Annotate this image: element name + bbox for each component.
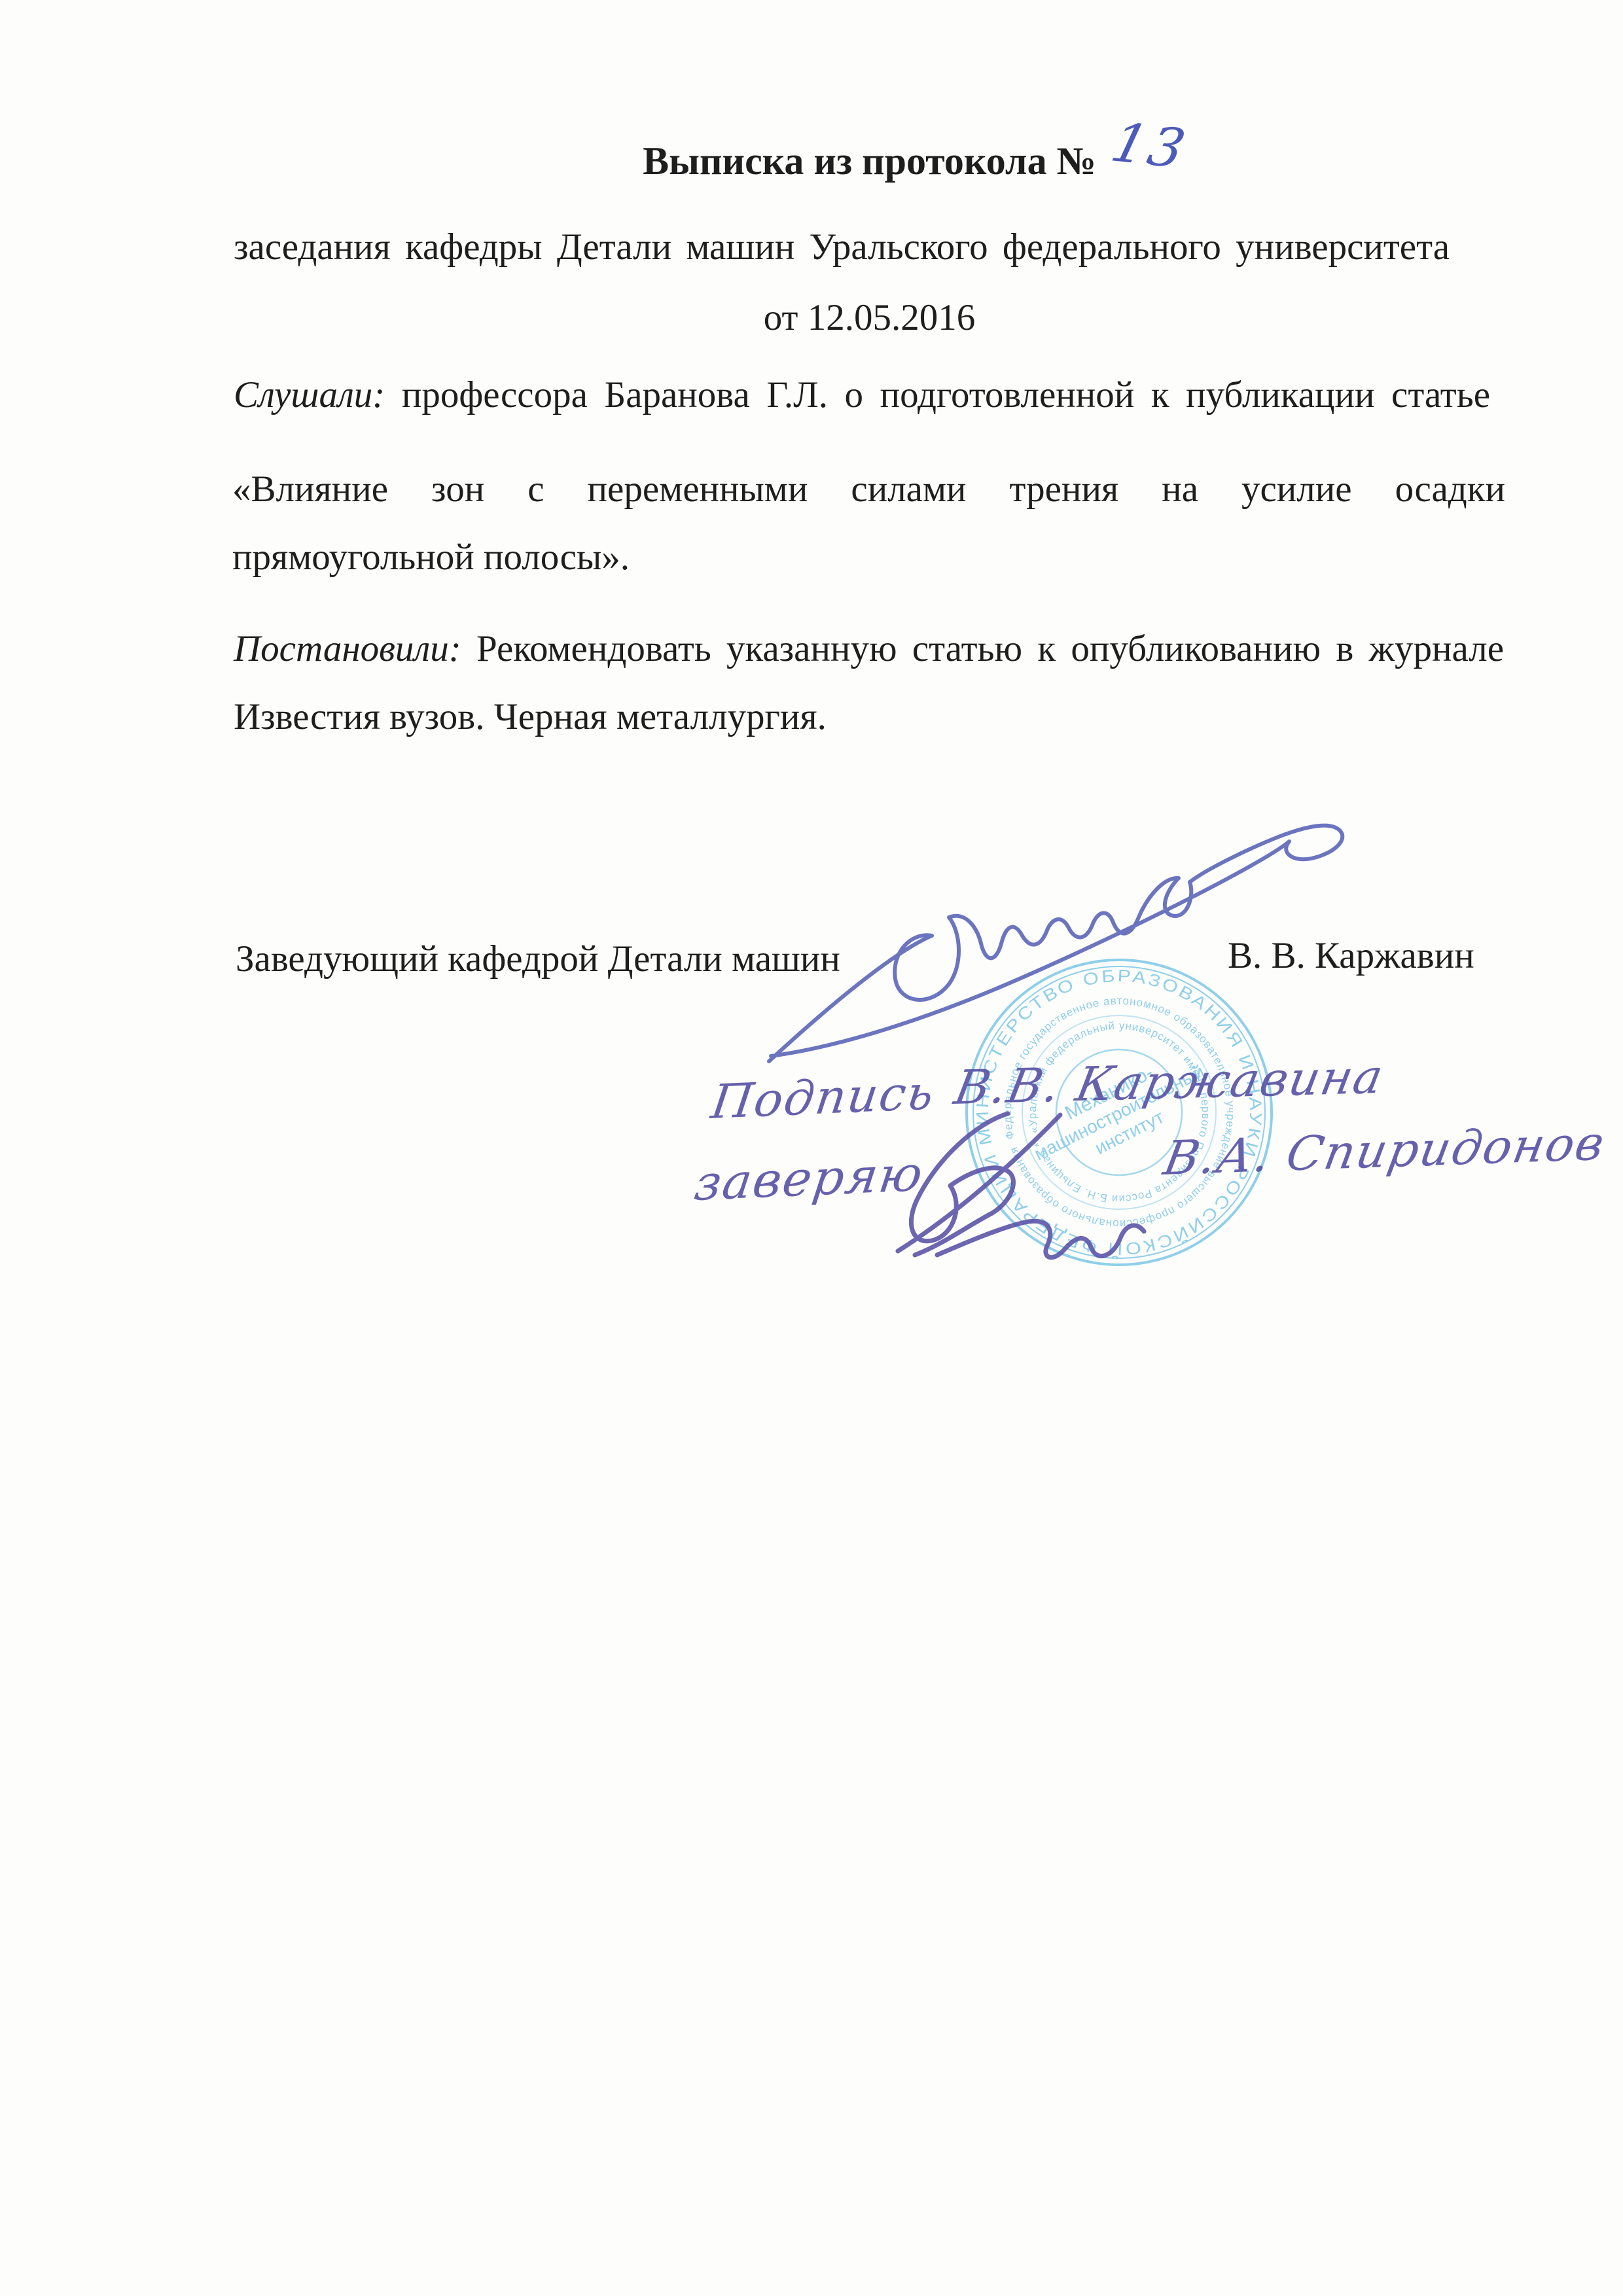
article-quote-line2-text: прямоугольной полосы». [232, 537, 630, 578]
signer-role-text: Заведующий кафедрой Детали машин [236, 938, 840, 980]
date-text: от 12.05.2016 [764, 297, 975, 338]
resolved-label: Постановили: [234, 628, 461, 669]
resolved-line2: Известия вузов. Черная металлургия. [234, 696, 827, 739]
date-line: от 12.05.2016 [234, 296, 1505, 340]
resolved-text: Рекомендовать указанную статью к опублик… [461, 628, 1504, 669]
stamp-center-line3: институт [1092, 1106, 1167, 1158]
handwritten-certified-name: В.В. Каржавина [950, 1049, 1389, 1115]
article-quote-line1-text: «Влияние зон с переменными силами трения… [232, 468, 1505, 510]
spiridonov-signature [898, 1114, 1144, 1258]
subtitle-line: заседания кафедры Детали машин Уральског… [234, 226, 1450, 269]
signer-name-text: В. В. Каржавин [1228, 935, 1474, 976]
heard-paragraph: Слушали: профессора Баранова Г.Л. о подг… [234, 374, 1490, 417]
article-quote-line1: «Влияние зон с переменными силами трения… [232, 468, 1505, 511]
heard-text: профессора Баранова Г.Л. о подготовленно… [385, 374, 1490, 415]
resolved-line2-text: Известия вузов. Черная металлургия. [234, 696, 827, 737]
heard-label: Слушали: [234, 374, 385, 415]
resolved-paragraph: Постановили: Рекомендовать указанную ста… [234, 627, 1504, 671]
page-title-text: Выписка из протокола № [643, 139, 1096, 183]
page-title: Выписка из протокола № [234, 139, 1505, 184]
handwritten-certifier-name: В.А. Спиридонов [1160, 1116, 1610, 1186]
article-quote-line2: прямоугольной полосы». [232, 536, 630, 579]
subtitle-text: заседания кафедры Детали машин Уральског… [234, 226, 1450, 268]
signer-role: Заведующий кафедрой Детали машин [236, 938, 840, 981]
signer-name: В. В. Каржавин [1228, 934, 1474, 978]
handwritten-certify-word1: Подпись [708, 1065, 938, 1129]
document-page: МИНИСТЕРСТВО ОБРАЗОВАНИЯ И НАУКИ РОССИЙС… [0, 0, 1623, 2296]
handwritten-protocol-number: 13 [1105, 112, 1194, 181]
handwritten-certify-word2: заверяю [691, 1146, 927, 1212]
